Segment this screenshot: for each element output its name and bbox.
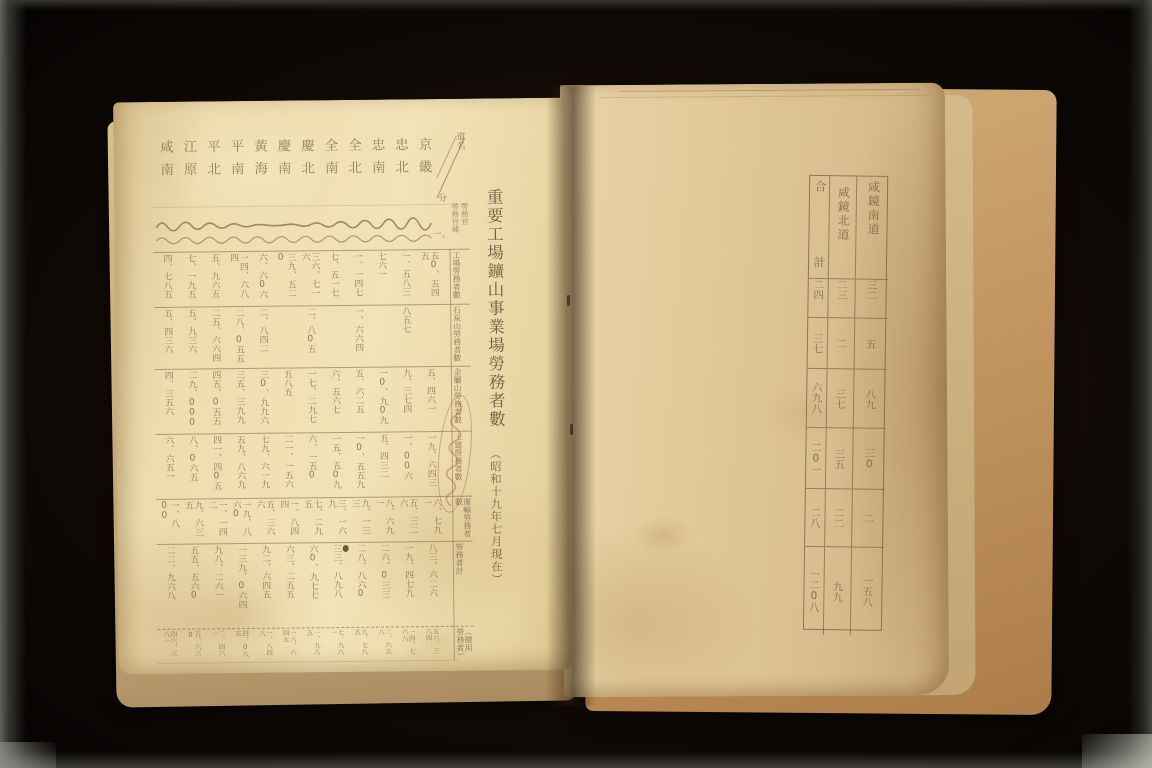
table-cell [321, 307, 345, 366]
table-cell: 四、三五六 [155, 371, 179, 433]
cell-value: 六、五六七 [329, 369, 339, 431]
row-label-text: 石炭山勞務者數 [452, 306, 461, 362]
paper-stain [398, 619, 479, 670]
table-cell: 七、五一七 [320, 252, 344, 304]
table-cell: 六、五六七 [322, 369, 346, 431]
table-cell: 一、五八三 [392, 251, 416, 303]
summary-header-text: 合計 [811, 180, 827, 270]
cell-value: 五、九三六 [185, 309, 195, 368]
table-cell: 二五、六六四 [202, 308, 226, 367]
province-header-慶南: 慶南 [270, 138, 294, 208]
summary-cell: 一二0八 [804, 547, 825, 635]
corner-label-top: 道名 [453, 132, 466, 150]
summary-cell-value: 三五 [833, 448, 845, 469]
province-header-row: 京畿忠北忠南全北全南慶北慶南黃海平南平北江原咸南 [152, 137, 435, 210]
cell-value: 一、八00 [158, 501, 178, 543]
table-cell: 三0、九九六 [250, 370, 274, 432]
cell-value: 三五、三九九 [233, 370, 243, 432]
cell-value: 一0、九0九 [376, 369, 386, 431]
province-header-咸南: 咸南 [152, 140, 176, 210]
cell-value: 七、一九五 [185, 254, 195, 306]
summary-cell: 三七 [808, 318, 829, 369]
ink-blotch [343, 545, 349, 552]
summary-cell: 三二 [855, 279, 888, 318]
cell-value [285, 308, 286, 367]
table-cell: 三九、五二0 [273, 252, 297, 304]
table-cell: 五、四六一 [417, 368, 441, 430]
province-header-全北: 全北 [340, 138, 364, 208]
table-cell: 一、00六 [394, 433, 418, 495]
table-cell: 六、六五一 [156, 436, 180, 498]
row-label: 工場勞務者數 [452, 251, 470, 303]
cell-value: 三、一六九 [325, 499, 345, 541]
table-cell: 九、七八五 [348, 629, 372, 660]
table-cell: 二、八0五 [297, 307, 321, 366]
cell-value: 一、六六四 [352, 307, 362, 366]
document-title-column: 重要工場鑛山事業場勞務者數 （昭和十九年七月現在） [470, 188, 509, 658]
table-corner-cell: 道名 分 [434, 132, 468, 204]
summary-cell-value: 二 [862, 513, 874, 524]
cell-value: 五、六二五 [353, 369, 363, 431]
summary-cell: 八九 [854, 369, 887, 428]
cell-value: 一九、八六0 [230, 500, 250, 542]
table-cell: 五、九三六 [178, 308, 202, 367]
table-cell: 五八五 [274, 369, 298, 431]
cell-value: 九、七八五 [353, 629, 367, 660]
summary-cell: 三0 [853, 428, 886, 489]
province-header-忠南: 忠南 [364, 138, 388, 208]
province-label: 慶南 [275, 139, 289, 209]
table-cell: 二九、000 [179, 370, 203, 432]
province-header-京畿: 京畿 [411, 137, 435, 207]
province-label: 全南 [322, 138, 336, 208]
summary-header-text: 咸鏡北道 [835, 186, 851, 242]
cell-value: 四六、三八一 [163, 631, 177, 662]
table-cell: 二八、0五五 [226, 308, 250, 367]
summary-cell: 二八 [805, 489, 826, 547]
province-label: 全北 [345, 138, 359, 208]
cell-value: 一四、六八四 [227, 253, 247, 305]
cell-value: 八、六九一 [373, 498, 393, 540]
table-cell: 三五、三九九 [226, 370, 250, 432]
book-gutter [546, 86, 596, 706]
cell-value: 二六、0三三 [378, 544, 389, 625]
cell-value: 七、五一七 [328, 252, 338, 304]
cell-value: 二二、九六八 [164, 546, 175, 627]
summary-cell-value: 九九 [831, 581, 843, 602]
cell-value: 五、九六五 [208, 253, 218, 305]
table-cell: 二六、0三三 [371, 543, 396, 624]
table-cell: 一、八00 [156, 501, 180, 543]
cell-value: 四、七八五 [161, 254, 171, 306]
table-cell: 六、六0六 [249, 253, 273, 305]
cell-value: 四、三五六 [162, 371, 172, 433]
province-label: 平北 [204, 139, 218, 209]
table-cell: 一九、八六0 [228, 500, 252, 542]
cell-value: 一、五八三 [399, 251, 409, 303]
cell-value: 七九、六一九 [258, 435, 268, 497]
row-label-text: 工場勞務者數 [452, 251, 461, 299]
table-row: 五、四六一九、三七四一0、九0九五、六二五六、五六七一七、二九七五八五三0、九九… [155, 368, 442, 433]
paper-stain [762, 383, 852, 444]
table-cell: 七、二九五 [299, 499, 323, 541]
table-cell [369, 306, 393, 365]
cell-value: 一、八四四 [278, 499, 298, 541]
cell-value: 一、九八五 [305, 629, 319, 660]
summary-cell-value: 八九 [864, 388, 876, 409]
binding-stitch [567, 295, 570, 306]
cell-value: 四五、0五五 [210, 370, 220, 432]
table-cell: 五、三二六 [395, 498, 419, 540]
table-cell: 一0、九0九 [369, 368, 393, 430]
province-label: 咸南 [157, 140, 171, 210]
cell-value: 五八五 [281, 370, 291, 432]
cell-value: 一九、四七九 [402, 543, 413, 624]
province-label: 忠北 [392, 137, 406, 207]
cell-value: 八、0六五 [186, 436, 196, 498]
province-label: 忠南 [369, 138, 383, 208]
cell-value: 四一、四0五 [210, 435, 220, 497]
province-label: 慶北 [298, 138, 312, 208]
province-header-黃海: 黃海 [246, 139, 270, 209]
photo-backdrop: 合計咸鏡北道咸鏡南道二四二三三二三七二五六九八三七八九二0一三五三0二八二二二一… [0, 0, 1152, 768]
summary-cell: 一五八 [851, 547, 884, 635]
province-label: 黃海 [251, 139, 265, 209]
cell-value: 五0、五四五 [418, 251, 438, 303]
cell-value: 二、八0五 [304, 307, 314, 366]
cell-value: 五、三六六 [254, 500, 274, 542]
cell-value: 六、六五一 [163, 436, 173, 498]
cell-value: 二一、一五六 [282, 435, 292, 497]
province-header-平北: 平北 [199, 139, 223, 209]
table-cell: 一六、六四五 [277, 629, 301, 660]
sheet-edge [600, 95, 930, 98]
row-label-text: 勞務者計 [455, 543, 463, 575]
table-cell: 八三、六二六 [419, 543, 444, 624]
cell-value: 七、九八一 [329, 629, 343, 660]
document-title: 重要工場鑛山事業場勞務者數 [484, 188, 506, 429]
province-header-慶北: 慶北 [293, 138, 317, 208]
cell-value: 二九、000 [186, 371, 196, 433]
province-label: 平南 [228, 139, 242, 209]
table-cell: 二一、一五六 [275, 434, 299, 496]
binding-stitch [570, 424, 573, 435]
table-cell: 五、九六五 [201, 253, 225, 305]
summary-cell: 九九 [824, 547, 852, 635]
cell-value: 二八、八六0 [354, 544, 365, 625]
table-cell: 八、0六五 [179, 435, 203, 497]
cell-value: 二、八四二 [257, 308, 267, 367]
sheet-edge [620, 89, 920, 92]
table-cell: 八五七 [393, 306, 417, 365]
summary-cell-value: 一五八 [861, 576, 874, 608]
cell-value: 二八、0五五 [233, 308, 243, 367]
summary-cell: 二二 [825, 489, 853, 547]
cell-value: 六0、九七七 [307, 544, 318, 625]
province-header-平南: 平南 [223, 139, 247, 209]
table-cell: 一、一四二 [204, 500, 228, 542]
cell-value: 五、四六一 [424, 368, 434, 430]
summary-cell-value: 三二 [865, 280, 877, 301]
summary-cell-value: 二八 [809, 507, 821, 528]
paper-stain [633, 514, 693, 554]
cell-value: 一六、六四五 [282, 629, 296, 660]
table-cell: 一、九八五 [301, 629, 325, 660]
frame-edge-left [0, 0, 26, 768]
table-cell: 一、六六四 [345, 307, 369, 366]
summary-cell-value: 二二 [832, 507, 844, 528]
summary-header-合計: 合計 [809, 176, 830, 279]
province-label: 江原 [181, 140, 195, 210]
summary-cell: 二 [828, 318, 856, 369]
summary-cell: 二四 [808, 279, 829, 318]
table-row: 六、七九一五、三二六八、六九一九、一三三三、一六九七、二九五一、八四四五、三六六… [156, 498, 442, 543]
cell-value: 一、一四七 [351, 252, 361, 304]
row-label: 勞務者計 [455, 543, 473, 624]
table-cell: 七、一九五 [177, 253, 201, 305]
cell-value: 七、二九五 [301, 499, 321, 541]
table-cell: 七、九八一 [324, 629, 348, 660]
corner-label-bottom: 分 [435, 193, 448, 202]
summary-cell-value: 二0一 [810, 441, 823, 474]
cell-value: 三九、五二0 [275, 252, 295, 304]
summary-cell-value: 二 [835, 338, 847, 349]
summary-cell-value: 三0 [863, 447, 875, 470]
table-cell: 一四、六八四 [225, 253, 249, 305]
left-page: 京畿忠北忠南全北全南慶北慶南黃海平南平北江原咸南 道名 分 勞務官勞務官補 一、… [113, 98, 571, 675]
cell-value: 一、一四二 [206, 500, 226, 542]
table-cell: 四六、三八一 [158, 631, 182, 662]
cell-value: 三0、九九六 [257, 370, 267, 432]
summary-header-咸鏡北道: 咸鏡北道 [829, 176, 857, 279]
cell-value: 五九、八六九 [234, 435, 244, 497]
table-cell: 一九、四七九 [395, 543, 420, 624]
cell-value: 八三、六二六 [426, 543, 437, 624]
cell-value: 五、四三二 [377, 434, 387, 496]
summary-cell-value: 一二0八 [808, 569, 821, 613]
table-cell: 五0、五四五 [416, 251, 440, 303]
summary-header-咸鏡南道: 咸鏡南道 [856, 177, 889, 280]
table-cell: 九、一三三 [347, 499, 371, 541]
table-cell: 一、一四七 [344, 252, 368, 304]
table-cell: 三、一六九 [323, 499, 347, 541]
summary-header-text: 咸鏡南道 [865, 181, 881, 237]
table-cell: 七六一 [368, 251, 392, 303]
table-cell: 一七、二九七 [298, 369, 322, 431]
table-cell: 二八、八六0 [347, 544, 372, 625]
cell-value: 九、六三五 [182, 500, 202, 542]
table-cell: 九、三七四 [393, 368, 417, 430]
summary-cell-value: 二三 [835, 279, 847, 300]
cell-value: 八五七 [400, 306, 410, 365]
table-cell: 四一、四0五 [203, 435, 227, 497]
document-title-note: （昭和十九年七月現在） [489, 448, 504, 586]
cell-value: 三三、八九八 [331, 544, 342, 625]
cell-value: 一五、五0九 [329, 434, 339, 496]
handwritten-flourish [154, 215, 438, 248]
summary-cell-value: 五 [865, 338, 877, 349]
table-cell: 六、一五0 [299, 434, 323, 496]
cell-value: 五、三二六 [397, 498, 417, 540]
cell-value: 七六一 [375, 252, 385, 304]
cell-value: 二、六五八 [377, 629, 391, 660]
left-table-body: 工場勞務者數五0、五四五一、五八三七六一一、一四七七、五一七三六、七一六三九、五… [113, 98, 565, 103]
cell-value [428, 306, 429, 365]
frame-corner-bottom-right [1082, 734, 1152, 768]
table-cell [416, 306, 440, 365]
table-cell: 三六、七一六 [297, 252, 321, 304]
summary-cell: 二 [852, 489, 885, 547]
cell-value: 三六、七一六 [299, 252, 319, 304]
frame-edge-top [0, 0, 1152, 10]
cell-value: 一0、五五九 [353, 434, 363, 496]
cell-value: 五、四三六 [161, 309, 171, 368]
table-cell: 五、六二五 [346, 369, 370, 431]
cell-value: 九、三七四 [400, 368, 410, 430]
province-header-江原: 江原 [176, 139, 200, 209]
summary-cell: 五 [855, 318, 888, 369]
table-cell: 三三、八九八 [324, 544, 349, 625]
table-row: 五0、五四五一、五八三七六一一、一四七七、五一七三六、七一六三九、五二0六、六0… [154, 251, 441, 306]
cell-value: 九、一三三 [349, 499, 369, 541]
table-cell: 一0、五五九 [346, 434, 370, 496]
table-cell: 一五、五0九 [322, 434, 346, 496]
table-row: 八五七一、六六四二、八0五二、八四二二八、0五五二五、六六四五、九三六五、四三六 [154, 306, 441, 368]
cell-value: 一、00六 [401, 433, 411, 495]
table-cell: 五、四三六 [154, 309, 178, 368]
table-cell: 四、七八五 [154, 254, 178, 306]
table-cell: 二、六五八 [372, 628, 396, 659]
table-cell: 五、四三二 [370, 433, 394, 495]
cell-value [333, 307, 334, 366]
table-cell: 八、六九一 [371, 498, 395, 540]
table-cell: 四五、0五五 [203, 370, 227, 432]
summary-cell: 二三 [828, 279, 856, 318]
province-header-忠北: 忠北 [387, 137, 411, 207]
cell-value [381, 307, 382, 366]
table-row: 一九、六四三一、00六五、四三二一0、五五九一五、五0九六、一五0二一、一五六七… [156, 433, 443, 498]
frame-edge-right [1128, 0, 1152, 768]
table-cell: 九、六三五 [180, 500, 204, 542]
table-cell: 五、三六六 [252, 500, 276, 542]
right-page: 合計咸鏡北道咸鏡南道二四二三三二三七二五六九八三七八九二0一三五三0二八二二二一… [560, 83, 949, 698]
summary-cell-value: 三七 [811, 332, 823, 353]
cell-value: 六、一五0 [306, 434, 316, 496]
table-cell: 一、八四四 [275, 499, 299, 541]
cell-value: 六、六0六 [256, 253, 266, 305]
province-header-全南: 全南 [317, 138, 341, 208]
frame-edge-bottom [0, 752, 1152, 768]
table-cell: 六0、九七七 [300, 544, 325, 625]
row-label: 石炭山勞務者數 [452, 306, 470, 365]
frame-corner-bottom-left [0, 742, 56, 768]
cell-value: 二五、六六四 [209, 308, 219, 367]
table-cell: 五九、八六九 [227, 435, 251, 497]
table-cell [273, 307, 297, 366]
table-cell: 二、八四二 [250, 308, 274, 367]
province-label: 京畿 [416, 137, 430, 207]
table-cell: 七九、六一九 [251, 435, 275, 497]
cell-value: 一七、二九七 [305, 369, 315, 431]
cell-value: 一九、六四三 [425, 433, 435, 495]
summary-cell-value: 二四 [812, 279, 824, 300]
